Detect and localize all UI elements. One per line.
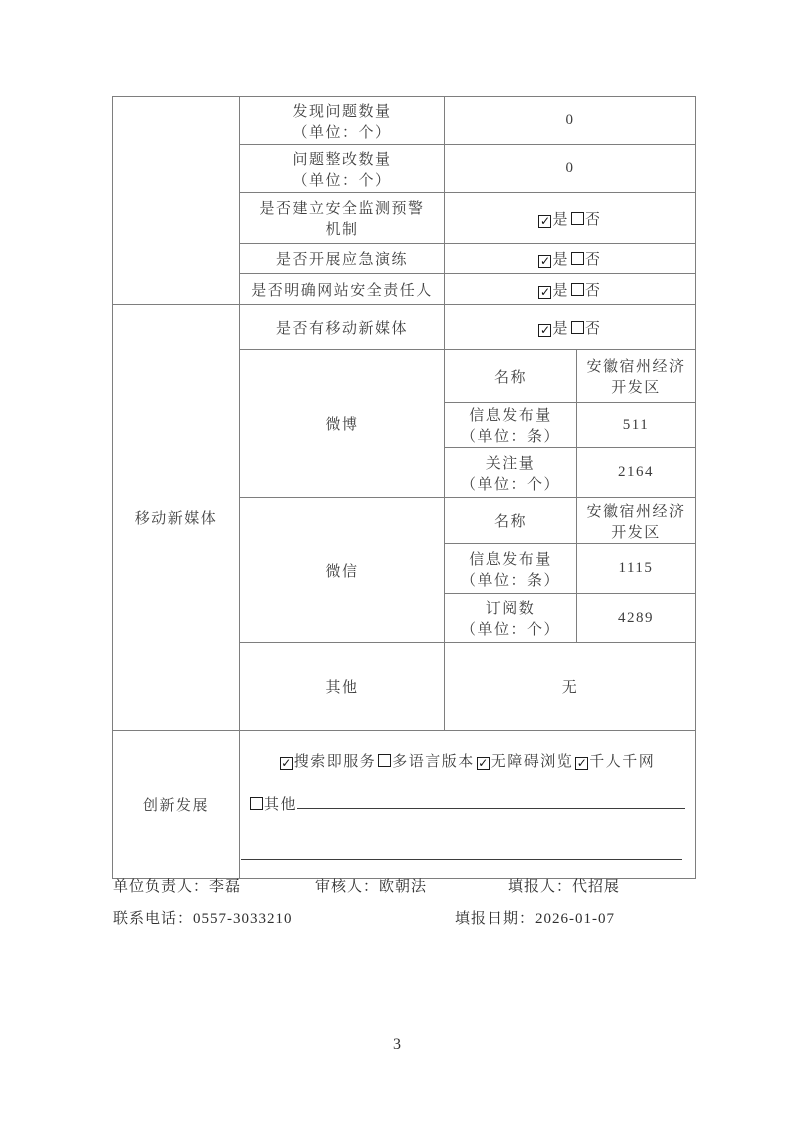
checked-checkbox-icon[interactable]: ✓: [538, 286, 551, 299]
innovation-other-line: 其他: [241, 792, 694, 818]
checkbox-label: 无障碍浏览: [491, 754, 574, 770]
innovation-checkbox-line: ✓搜索即服务多语言版本✓无障碍浏览✓千人千网: [241, 749, 694, 775]
report-table: 发现问题数量 （单位：个） 0 问题整改数量 （单位：个） 0 是否建立安全监测…: [112, 96, 696, 879]
table-row: 发现问题数量 （单位：个） 0: [113, 97, 696, 145]
security-responsible-label: 是否明确网站安全责任人: [240, 274, 445, 305]
checkbox-label: 其他: [264, 797, 297, 813]
category-innovation: 创新发展: [113, 731, 240, 879]
unchecked-checkbox-icon[interactable]: [571, 283, 584, 296]
issues-fixed-label: 问题整改数量 （单位：个）: [240, 145, 445, 193]
checked-checkbox-icon[interactable]: ✓: [280, 757, 293, 770]
checked-checkbox-icon[interactable]: ✓: [538, 215, 551, 228]
wechat-subscribers-label: 订阅数 （单位：个）: [445, 594, 577, 643]
has-mobile-media-label: 是否有移动新媒体: [240, 305, 445, 350]
checked-checkbox-icon[interactable]: ✓: [575, 757, 588, 770]
security-responsible-checkboxes: ✓是否: [445, 274, 696, 305]
checkbox-label: 否: [585, 212, 602, 228]
checkbox-label: 否: [585, 252, 602, 268]
footer-filler: 填报人：代招展: [508, 875, 620, 896]
table-row: 移动新媒体 是否有移动新媒体 ✓是否: [113, 305, 696, 350]
emergency-drill-checkboxes: ✓是否: [445, 244, 696, 274]
weibo-followers-label: 关注量 （单位：个）: [445, 448, 577, 498]
weibo-name-value: 安徽宿州经济 开发区: [577, 350, 696, 403]
checked-checkbox-icon[interactable]: ✓: [538, 324, 551, 337]
footer-responsible-person: 单位负责人：李磊: [113, 875, 241, 896]
unchecked-checkbox-icon[interactable]: [571, 321, 584, 334]
has-mobile-media-checkboxes: ✓是否: [445, 305, 696, 350]
page-number: 3: [0, 1036, 794, 1054]
wechat-subscribers-value: 4289: [577, 594, 696, 643]
other-media-label: 其他: [240, 643, 445, 731]
checkbox-label: 搜索即服务: [294, 754, 377, 770]
warning-mechanism-checkboxes: ✓是否: [445, 193, 696, 244]
other-blank-field[interactable]: [297, 794, 685, 809]
wechat-posts-value: 1115: [577, 544, 696, 594]
warning-mechanism-label: 是否建立安全监测预警 机制: [240, 193, 445, 244]
other-checkbox-group: 其他: [250, 797, 297, 813]
other-media-value: 无: [445, 643, 696, 731]
wechat-name-value: 安徽宿州经济 开发区: [577, 498, 696, 544]
unchecked-checkbox-icon[interactable]: [571, 252, 584, 265]
checkbox-label: 是: [552, 321, 569, 337]
innovation-cell: ✓搜索即服务多语言版本✓无障碍浏览✓千人千网 其他: [240, 731, 696, 879]
weibo-followers-value: 2164: [577, 448, 696, 498]
wechat-name-label: 名称: [445, 498, 577, 544]
weibo-name-label: 名称: [445, 350, 577, 403]
checkbox-label: 是: [552, 283, 569, 299]
extra-blank-field[interactable]: [241, 835, 682, 860]
checkbox-label: 是: [552, 212, 569, 228]
unchecked-checkbox-icon[interactable]: [571, 212, 584, 225]
issues-fixed-value: 0: [445, 145, 696, 193]
unchecked-checkbox-icon[interactable]: [378, 754, 391, 767]
issues-found-label: 发现问题数量 （单位：个）: [240, 97, 445, 145]
table-row: 创新发展 ✓搜索即服务多语言版本✓无障碍浏览✓千人千网 其他: [113, 731, 696, 879]
checked-checkbox-icon[interactable]: ✓: [538, 255, 551, 268]
footer-fill-date: 填报日期：2026-01-07: [455, 907, 615, 928]
checkbox-label: 否: [585, 321, 602, 337]
checkbox-label: 否: [585, 283, 602, 299]
weibo-posts-label: 信息发布量 （单位：条）: [445, 403, 577, 448]
footer-reviewer: 审核人：欧朝法: [315, 875, 427, 896]
footer-contact-phone: 联系电话：0557-3033210: [113, 907, 293, 928]
emergency-drill-label: 是否开展应急演练: [240, 244, 445, 274]
unchecked-checkbox-icon[interactable]: [250, 797, 263, 810]
checkbox-label: 千人千网: [589, 754, 655, 770]
weibo-label: 微博: [240, 350, 445, 498]
checked-checkbox-icon[interactable]: ✓: [477, 757, 490, 770]
issues-found-value: 0: [445, 97, 696, 145]
checkbox-label: 多语言版本: [392, 754, 475, 770]
wechat-posts-label: 信息发布量 （单位：条）: [445, 544, 577, 594]
document-page: 发现问题数量 （单位：个） 0 问题整改数量 （单位：个） 0 是否建立安全监测…: [0, 0, 794, 1122]
category-mobile-media: 移动新媒体: [113, 305, 240, 731]
weibo-posts-value: 511: [577, 403, 696, 448]
checkbox-label: 是: [552, 252, 569, 268]
wechat-label: 微信: [240, 498, 445, 643]
category-cell-empty: [113, 97, 240, 305]
